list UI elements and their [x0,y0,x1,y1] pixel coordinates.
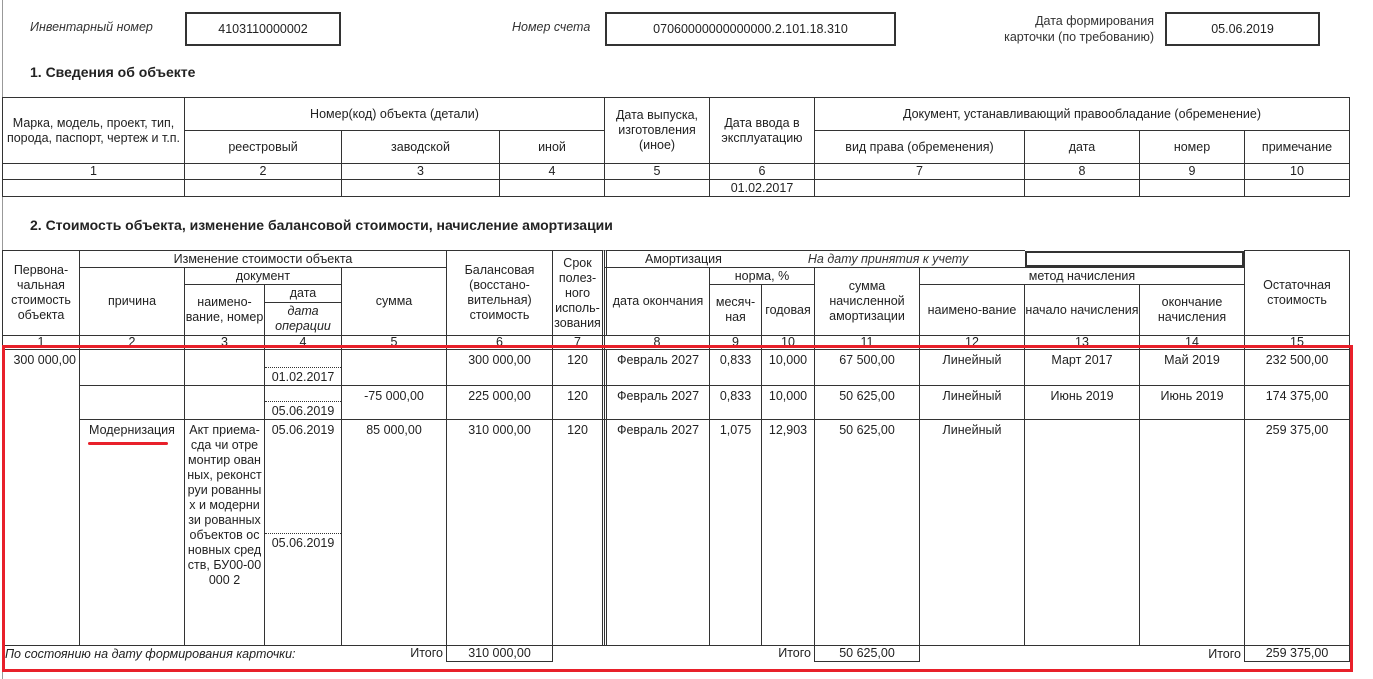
useful-life-cell: 120 [552,385,605,420]
header-doc-number: номер [1139,130,1245,164]
header-registry: реестровый [184,130,342,164]
column-number: 4 [499,163,605,180]
accrued-cell: 50 625,00 [814,385,920,420]
op-date-value: 05.06.2019 [265,401,341,419]
balance-total: 310 000,00 [446,645,553,662]
doc-date-cell: 05.06.201905.06.2019 [264,419,342,646]
column-number: 6 [446,335,553,350]
header-brand: Марка, модель, проект, тип, порода, пасп… [2,97,185,164]
useful-life-cell: 120 [552,419,605,646]
table-cell [1244,179,1350,197]
end-date-cell: Февраль 2027 [604,419,710,646]
total-label: Итого [341,645,447,662]
column-number: 10 [1244,163,1350,180]
header-monthly: месяч-ная [709,284,762,336]
method-cell: Линейный [919,349,1025,386]
header-method-end: окончание начисления [1139,284,1245,336]
yearly-rate-cell: 10,000 [761,349,815,386]
column-number: 4 [264,335,342,350]
column-number: 3 [341,163,500,180]
method-start-cell: Март 2017 [1024,349,1140,386]
accrued-total: 50 625,00 [814,645,920,662]
residual-cell: 174 375,00 [1244,385,1350,420]
doc-date-cell: 01.02.2017 [264,349,342,386]
method-start-cell: Июнь 2019 [1024,385,1140,420]
monthly-rate-cell: 1,075 [709,419,762,646]
sum-cell: 85 000,00 [341,419,447,646]
account-number-field[interactable]: 07060000000000000.2.101.18.310 [605,12,896,46]
header-useful-life: Срок полез-ного исполь-зования [552,250,605,336]
table-cell [604,179,710,197]
header-change-group: Изменение стоимости объекта [79,250,447,268]
header-end-date: дата окончания [604,267,710,336]
header-note: примечание [1244,130,1350,164]
table-cell [1139,179,1245,197]
column-number: 15 [1244,335,1350,350]
accrued-cell: 67 500,00 [814,349,920,386]
header-yearly: годовая [761,284,815,336]
reason-cell [79,385,185,420]
column-number: 14 [1139,335,1245,350]
header-initial-cost: Первона-чальная стоимость объекта [2,250,80,336]
op-date-value: 01.02.2017 [265,367,341,385]
doc-name-cell: Акт приема-сда чи отремонтир ованных, ре… [184,419,265,646]
method-start-cell [1024,419,1140,646]
column-number: 6 [709,163,815,180]
monthly-rate-cell: 0,833 [709,349,762,386]
section1-title: 1. Сведения об объекте [30,64,195,80]
header-doc-date: дата [1024,130,1140,164]
header-op-date: дата операции [264,302,342,336]
account-label: Номер счета [512,20,590,34]
doc-date-value [265,386,341,401]
header-norm: норма, % [709,267,815,285]
column-number: 5 [604,163,710,180]
header-right-type: вид права (обременения) [814,130,1025,164]
accrued-cell: 50 625,00 [814,419,920,646]
reason-cell [79,349,185,386]
table-cell [2,179,185,197]
residual-cell: 232 500,00 [1244,349,1350,386]
column-number: 9 [709,335,762,350]
column-number: 1 [2,163,185,180]
header-residual: Остаточная стоимость [1244,250,1350,336]
card-date-label-line2: карточки (по требованию) [960,29,1154,45]
header-number-group: Номер(код) объекта (детали) [184,97,605,131]
card-date-label-line1: Дата формирования [960,13,1154,29]
op-date-value: 05.06.2019 [265,533,341,551]
method-cell: Линейный [919,385,1025,420]
header-balance: Балансовая (восстано-вительная) стоимост… [446,250,553,336]
amortization-date-field[interactable] [1025,251,1244,267]
header-method-start: начало начисления [1024,284,1140,336]
header-other: иной [499,130,605,164]
card-date-field[interactable]: 05.06.2019 [1165,12,1320,46]
doc-date-value [265,350,341,367]
method-cell: Линейный [919,419,1025,646]
header-doc-date: дата [264,284,342,303]
method-end-cell: Июнь 2019 [1139,385,1245,420]
column-number: 9 [1139,163,1245,180]
sum-cell: -75 000,00 [341,385,447,420]
header-method-name: наимено-вание [919,284,1025,336]
section2-title: 2. Стоимость объекта, изменение балансов… [30,217,613,233]
balance-cell: 225 000,00 [446,385,553,420]
header-factory: заводской [341,130,500,164]
highlight-underline [88,442,168,445]
header-doc-group: Документ, устанавливающий правообладание… [814,97,1350,131]
method-end-cell [1139,419,1245,646]
inventory-number-field[interactable]: 4103110000002 [185,12,341,46]
header-release-date: Дата выпуска, изготовления (иное) [604,97,710,164]
doc-name-cell [184,385,265,420]
yearly-rate-cell: 10,000 [761,385,815,420]
header-method-group: метод начисления [919,267,1245,285]
inventory-label: Инвентарный номер [30,20,153,34]
header-commission-date: Дата ввода в эксплуатацию [709,97,815,164]
table-cell [341,179,500,197]
monthly-rate-cell: 0,833 [709,385,762,420]
table-cell [1024,179,1140,197]
column-number: 8 [1024,163,1140,180]
column-number: 8 [604,335,710,350]
reason-cell: Модернизация [79,419,185,646]
balance-cell: 300 000,00 [446,349,553,386]
end-date-cell: Февраль 2027 [604,385,710,420]
yearly-rate-cell: 12,903 [761,419,815,646]
total-label: Итого [709,645,815,662]
balance-cell: 310 000,00 [446,419,553,646]
header-reason: причина [79,267,185,336]
column-number: 7 [814,163,1025,180]
column-number: 7 [552,335,605,350]
initial-cost-value: 300 000,00 [2,349,80,646]
residual-cell: 259 375,00 [1244,419,1350,646]
header-amortization: АмортизацияНа дату принятия к учету [604,250,1025,268]
useful-life-cell: 120 [552,349,605,386]
table-cell: 01.02.2017 [709,179,815,197]
residual-total: 259 375,00 [1244,645,1350,662]
doc-name-cell [184,349,265,386]
amortization-date-note: На дату принятия к учету [808,252,968,267]
sum-cell [341,349,447,386]
card-date-label: Дата формирования карточки (по требовани… [960,13,1154,45]
table-cell [499,179,605,197]
column-number: 12 [919,335,1025,350]
table-cell [184,179,342,197]
column-number: 3 [184,335,265,350]
column-number: 2 [79,335,185,350]
method-end-cell: Май 2019 [1139,349,1245,386]
column-number: 5 [341,335,447,350]
header-doc-name: наимено-вание, номер [184,284,265,336]
end-date-cell: Февраль 2027 [604,349,710,386]
doc-date-cell: 05.06.2019 [264,385,342,420]
column-number: 10 [761,335,815,350]
header-accrued: сумма начисленной амортизации [814,267,920,336]
doc-date-value: 05.06.2019 [265,420,341,533]
total-label: Итого [919,645,1245,662]
amortization-label: Амортизация [645,252,722,267]
column-number: 11 [814,335,920,350]
column-number: 2 [184,163,342,180]
column-number: 1 [2,335,80,350]
table-cell [814,179,1025,197]
header-sum: сумма [341,267,447,336]
header-document: документ [184,267,342,285]
column-number: 13 [1024,335,1140,350]
